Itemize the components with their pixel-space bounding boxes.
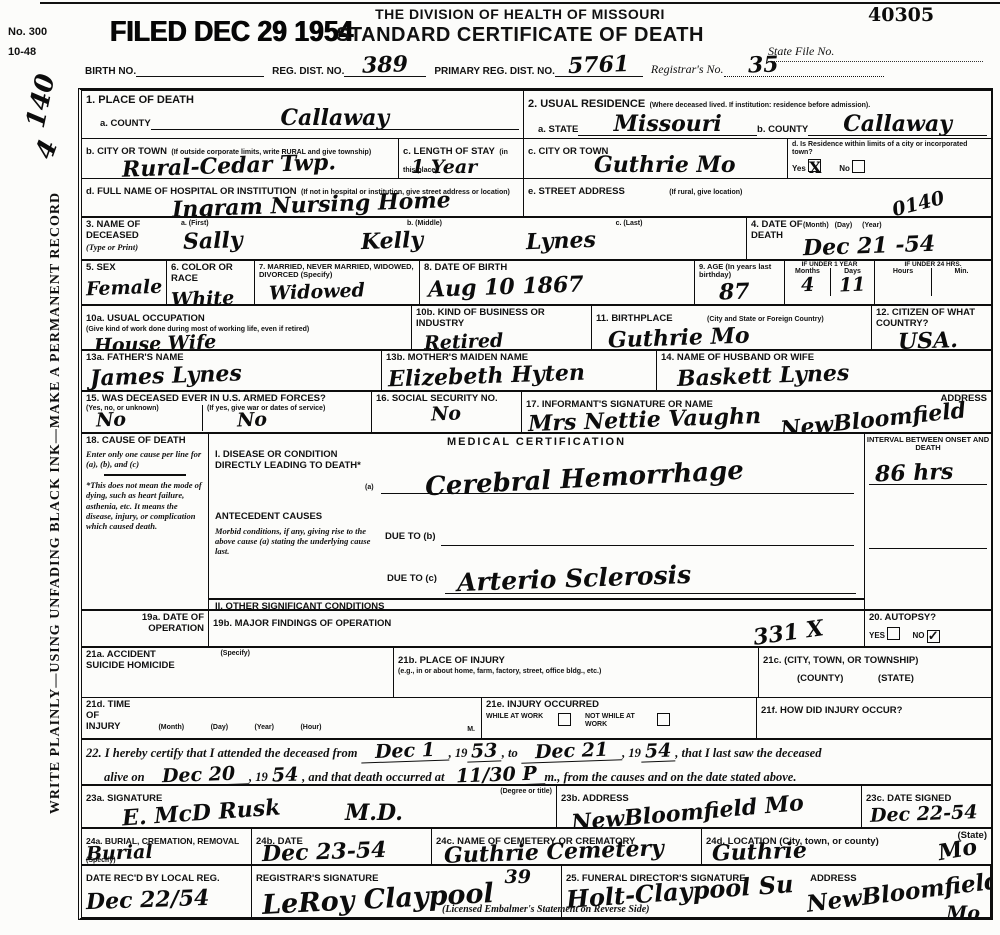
burial-date-value: Dec 23-54: [262, 839, 387, 864]
registrar-no-value: 35: [747, 53, 778, 76]
certify-alive-value: Dec 20: [147, 764, 249, 784]
primary-reg-value: 5761: [568, 53, 630, 77]
months-value: 4: [801, 276, 815, 295]
birthplace-note: (City and State or Foreign Country): [707, 316, 824, 323]
interval-label: INTERVAL BETWEEN ONSET AND DEATH: [865, 434, 991, 453]
name-label: 3. NAME OF DECEASED: [86, 220, 173, 242]
row-service-informant: 15. WAS DECEASED EVER IN U.S. ARMED FORC…: [82, 392, 991, 434]
injury-kind-label: 21a. ACCIDENT SUICIDE HOMICIDE: [86, 650, 176, 672]
burial-state-value: Mo: [936, 836, 978, 864]
injury-location-cell: 21c. (CITY, TOWN, OR TOWNSHIP) (COUNTY) …: [759, 648, 991, 697]
min-label: Min.: [932, 268, 991, 276]
autopsy-yes-checkbox: [887, 627, 900, 640]
hours-label: Hours: [875, 268, 931, 276]
burial-date-cell: 24b. DATE Dec 23-54: [252, 829, 432, 864]
injury-meridian-label: M.: [467, 726, 475, 734]
certify-p7: , 19: [249, 770, 268, 784]
dod-label: 4. DATE OF DEATH: [751, 220, 803, 242]
certify-y2-value: 54: [641, 741, 676, 762]
filed-stamp: FILED DEC 29 1954: [110, 14, 353, 49]
due-c-label: DUE TO (c): [387, 574, 437, 585]
cause-label: 18. CAUSE OF DEATH: [86, 436, 204, 447]
row-medical-certification: 18. CAUSE OF DEATH Enter only one cause …: [82, 434, 991, 611]
residence-state-label: a. STATE: [538, 125, 578, 136]
funeral-address-value2: Mo: [946, 904, 980, 920]
injury-place-cell: 21b. PLACE OF INJURY (e.g., in or about …: [394, 648, 759, 697]
form-stock-number: No. 300 10-48: [8, 22, 47, 62]
autopsy-no-label: NO: [912, 631, 924, 640]
race-label: 6. COLOR OR RACE: [171, 263, 250, 285]
certify-p6: alive on: [104, 770, 145, 784]
injury-how-cell: 21f. HOW DID INJURY OCCUR?: [757, 698, 991, 738]
armed-note2: (If yes, give war or dates of service): [207, 405, 367, 413]
residence-yes-checkbox: X: [808, 159, 821, 172]
residence-yes-label: Yes: [792, 164, 806, 173]
spouse-cell: 14. NAME OF HUSBAND OR WIFE Baskett Lyne…: [657, 351, 991, 390]
name-last-cell: c. (Last) Lynes: [512, 218, 747, 259]
antecedent-label: ANTECEDENT CAUSES: [215, 511, 322, 522]
armed-value1: No: [96, 410, 127, 430]
row-burial: 24a. BURIAL, CREMATION, REMOVAL (Specify…: [82, 829, 991, 866]
residence-no-checkbox: [852, 160, 865, 173]
injury-place-note: (e.g., in or about home, farm, factory, …: [398, 668, 754, 676]
injury-year-label: (Year): [255, 724, 274, 731]
certify-from-value: Dec 1: [360, 740, 449, 763]
name-first-value: Sally: [183, 229, 243, 253]
while-at-work-checkbox: [558, 713, 571, 726]
residence-yes-mark: X: [809, 158, 821, 177]
operation-findings-label: 19b. MAJOR FINDINGS OF OPERATION: [213, 618, 391, 629]
age-cell: 9. AGE (In years last birthday) 87: [695, 261, 785, 304]
physician-degree-label: (Degree or title): [500, 788, 552, 796]
injury-how-label: 21f. HOW DID INJURY OCCUR?: [761, 705, 902, 716]
armed-forces-label: 15. WAS DECEASED EVER IN U.S. ARMED FORC…: [82, 392, 371, 405]
registration-row: BIRTH NO. REG. DIST. NO. 389 PRIMARY REG…: [85, 62, 985, 77]
certify-p4: , 19: [622, 746, 641, 760]
injury-month-label: (Month): [158, 724, 184, 731]
marital-label: 7. MARRIED, NEVER MARRIED, WIDOWED, DIVO…: [259, 263, 415, 280]
row-injury-2: 21d. TIME OF INJURY (Month) (Day) (Year)…: [82, 698, 991, 740]
residence-no-label: No: [839, 164, 850, 173]
burial-location-cell: 24d. LOCATION (City, town, or county) (S…: [702, 829, 991, 864]
date-received-label: DATE REC'D BY LOCAL REG.: [86, 873, 220, 884]
injury-hour-label: (Hour): [300, 724, 321, 731]
spouse-value: Baskett Lynes: [677, 362, 850, 390]
father-value: James Lynes: [90, 362, 243, 389]
certify-p1: 22. I hereby certify that I attended the…: [86, 746, 357, 760]
while-at-work-label: WHILE AT WORK: [486, 713, 544, 728]
residence-title-note: (Where deceased lived. If institution: r…: [650, 102, 871, 109]
margin-instruction: WRITE PLAINLY—USING UNFADING BLACK INK—M…: [48, 90, 64, 916]
name-first-cell: a. (First) Sally: [177, 218, 337, 259]
date-received-value: Dec 22/54: [86, 887, 210, 913]
autopsy-no-checkbox: ✓: [927, 630, 940, 643]
physician-signature-cell: 23a. SIGNATURE (Degree or title) E. McD …: [82, 786, 557, 827]
antecedent-note: Morbid conditions, if any, giving rise t…: [215, 526, 385, 564]
name-last-label: c. (Last): [516, 220, 742, 228]
dod-value: Dec 21 -54: [803, 233, 936, 259]
ssn-cell: 16. SOCIAL SECURITY NO. No: [372, 392, 522, 432]
age-value: 87: [719, 280, 750, 303]
name-last-value: Lynes: [526, 228, 597, 252]
name-middle-cell: b. (Middle) Kelly: [337, 218, 512, 259]
mother-value: Elizebeth Hyten: [388, 361, 586, 390]
operation-date-cell: 19a. DATE OF OPERATION: [82, 611, 209, 646]
physician-sig-value: E. McD Rusk: [121, 796, 281, 827]
injury-place-label: 21b. PLACE OF INJURY: [398, 655, 505, 666]
physician-date-value: Dec 22-54: [870, 803, 978, 826]
cause-note2: *This does not mean the mode of dying, s…: [86, 480, 204, 531]
certify-y1-value: 53: [467, 741, 502, 762]
injury-day-label: (Day): [211, 724, 229, 731]
cause-of-death-notes: 18. CAUSE OF DEATH Enter only one cause …: [82, 434, 209, 609]
race-cell: 6. COLOR OR RACE White: [167, 261, 255, 304]
industry-value: Retired: [424, 331, 504, 349]
physician-degree-value: M.D.: [345, 800, 403, 826]
sex-cell: 5. SEX Female: [82, 261, 167, 304]
disease-label: I. DISEASE OR CONDITION DIRECTLY LEADING…: [215, 450, 365, 504]
medical-cert-title: MEDICAL CERTIFICATION: [209, 434, 864, 448]
race-value: White: [171, 289, 235, 304]
certify-p5: , that I last saw the deceased: [675, 746, 821, 760]
section-usual-residence: 2. USUAL RESIDENCE (Where deceased lived…: [524, 91, 991, 216]
informant-value: Mrs Nettie Vaughn: [528, 405, 762, 432]
pod-county-value: Callaway: [280, 107, 389, 129]
burial-type-value: Burial: [86, 843, 153, 864]
form-date: 10-48: [8, 42, 47, 62]
interval-value: 86 hrs: [875, 460, 954, 485]
sex-value: Female: [86, 278, 163, 300]
birthplace-value: Guthrie Mo: [608, 325, 750, 349]
residence-street-value: 0140: [891, 189, 947, 216]
row-operation-autopsy: 19a. DATE OF OPERATION 19b. MAJOR FINDIN…: [82, 611, 991, 648]
division-title: THE DIVISION OF HEALTH OF MISSOURI: [320, 6, 720, 22]
death-certificate-page: No. 300 10-48 140 4 WRITE PLAINLY—USING …: [0, 0, 1000, 935]
days-value: 11: [839, 275, 866, 295]
residence-state-value: Missouri: [614, 113, 722, 135]
residence-title: 2. USUAL RESIDENCE: [528, 98, 645, 110]
injury-kind-cell: 21a. ACCIDENT SUICIDE HOMICIDE (Specify): [82, 648, 394, 697]
injury-county-label: (COUNTY): [797, 673, 843, 684]
marital-value: Widowed: [269, 281, 366, 303]
birthplace-label: 11. BIRTHPLACE: [596, 313, 673, 324]
form-no: No. 300: [8, 22, 47, 42]
row-physician: 23a. SIGNATURE (Degree or title) E. McD …: [82, 786, 991, 829]
father-cell: 13a. FATHER'S NAME James Lynes: [82, 351, 382, 390]
birthplace-cell: 11. BIRTHPLACE (City and State or Foreig…: [592, 306, 872, 349]
cemetery-cell: 24c. NAME OF CEMETERY OR CREMATORY Guthr…: [432, 829, 702, 864]
injury-time-cell: 21d. TIME OF INJURY (Month) (Day) (Year)…: [82, 698, 482, 738]
operation-findings-cell: 19b. MAJOR FINDINGS OF OPERATION 331 X: [209, 611, 865, 646]
injury-occurred-label: 21e. INJURY OCCURRED: [486, 700, 752, 711]
industry-cell: 10b. KIND OF BUSINESS OR INDUSTRY Retire…: [412, 306, 592, 349]
pod-stay-value: 1 Year: [411, 158, 477, 177]
name-middle-label: b. (Middle): [341, 220, 508, 228]
top-rule: [40, 2, 1000, 4]
date-received-cell: DATE REC'D BY LOCAL REG. Dec 22/54: [82, 866, 252, 920]
autopsy-label: 20. AUTOPSY?: [869, 613, 987, 624]
medical-cert-main: MEDICAL CERTIFICATION I. DISEASE OR COND…: [209, 434, 865, 609]
occupation-cell: 10a. USUAL OCCUPATION (Give kind of work…: [82, 306, 412, 349]
residence-county-label: b. COUNTY: [757, 125, 808, 136]
occupation-value: House Wife: [94, 333, 217, 349]
section-place-of-death: 1. PLACE OF DEATH a. COUNTY Callaway b. …: [82, 91, 524, 216]
residence-county-value: Callaway: [843, 113, 952, 135]
interval-cell: INTERVAL BETWEEN ONSET AND DEATH 86 hrs: [865, 434, 991, 609]
row-occupation: 10a. USUAL OCCUPATION (Give kind of work…: [82, 306, 991, 351]
injury-occurred-cell: 21e. INJURY OCCURRED WHILE AT WORK NOT W…: [482, 698, 757, 738]
physician-date-cell: 23c. DATE SIGNED Dec 22-54: [862, 786, 991, 827]
citizen-cell: 12. CITIZEN OF WHAT COUNTRY? USA.: [872, 306, 991, 349]
under1-cell: IF UNDER 1 YEAR Months 4 Days 11: [785, 261, 875, 304]
burial-type-cell: 24a. BURIAL, CREMATION, REMOVAL (Specify…: [82, 829, 252, 864]
residence-street-label: e. STREET ADDRESS: [528, 186, 625, 197]
pod-county-label: a. COUNTY: [100, 119, 151, 130]
row-vitals: 5. SEX Female 6. COLOR OR RACE White 7. …: [82, 261, 991, 306]
due-b-label: DUE TO (b): [385, 532, 436, 543]
state-file-number: 40305: [868, 6, 934, 25]
not-while-at-work-checkbox: [657, 713, 670, 726]
certify-hour-value: 11/30 P: [447, 764, 544, 784]
physician-addr-label: 23b. ADDRESS: [561, 793, 629, 804]
cause-note1: Enter only one cause per line for (a), (…: [86, 449, 204, 469]
certify-to-value: Dec 21: [521, 740, 623, 764]
ssn-value: No: [431, 404, 462, 424]
certify-p8: , and that death occurred at: [302, 770, 444, 784]
due-c-value: Arterio Sclerosis: [457, 562, 692, 595]
disease-a-label: (a): [365, 484, 374, 492]
injury-kind-note: (Specify): [220, 650, 250, 657]
residence-city-value: Guthrie Mo: [594, 154, 736, 176]
name-first-label: a. (First): [181, 220, 333, 228]
physician-address-cell: 23b. ADDRESS NewBloomfield Mo: [557, 786, 862, 827]
reg-dist-label: REG. DIST. NO.: [272, 66, 344, 77]
registrar-no-label: Registrar's No.: [651, 62, 724, 77]
certificate-form: 1. PLACE OF DEATH a. COUNTY Callaway b. …: [78, 88, 993, 920]
pod-city-value: Rural-Cedar Twp.: [122, 151, 337, 180]
armed-value2: No: [237, 410, 268, 430]
registrar-sig-label: REGISTRAR'S SIGNATURE: [256, 873, 378, 884]
other-conditions-label: II. OTHER SIGNIFICANT CONDITIONS: [215, 602, 858, 609]
name-note: (Type or Print): [86, 242, 173, 252]
autopsy-no-checkmark: ✓: [928, 628, 939, 643]
dob-value: Aug 10 1867: [428, 273, 584, 300]
injury-state-label: (STATE): [878, 673, 914, 684]
certify-p9: m., from the causes and on the date stat…: [544, 770, 796, 784]
registrar-sig-extra: 39: [505, 868, 531, 887]
birth-no-blank: [136, 62, 264, 77]
sex-label: 5. SEX: [86, 263, 162, 274]
under24-cell: IF UNDER 24 HRS. Hours Min.: [875, 261, 991, 304]
form-title-block: THE DIVISION OF HEALTH OF MISSOURI STAND…: [320, 6, 720, 47]
primary-reg-label: PRIMARY REG. DIST. NO.: [434, 66, 555, 77]
under1-label: IF UNDER 1 YEAR: [785, 261, 874, 268]
autopsy-cell: 20. AUTOPSY? YES NO ✓: [865, 611, 991, 646]
dob-cell: 8. DATE OF BIRTH Aug 10 1867: [420, 261, 695, 304]
reg-dist-value: 389: [362, 53, 409, 77]
operation-date-label: 19a. DATE OF OPERATION: [86, 613, 204, 635]
certificate-title: STANDARD CERTIFICATE OF DEATH: [320, 24, 720, 47]
burial-location-value: Guthrie: [712, 839, 808, 864]
reverse-side-note: (Licensed Embalmer's Statement on Revers…: [442, 904, 649, 915]
residence-limits-label: d. Is Residence within limits of a city …: [792, 141, 987, 156]
row-name-dod: 3. NAME OF DECEASED (Type or Print) a. (…: [82, 218, 991, 261]
name-label-cell: 3. NAME OF DECEASED (Type or Print): [82, 218, 177, 259]
state-file-no-label: State File No.: [768, 44, 983, 62]
informant-address-value: NewBloomfield: [779, 399, 967, 432]
injury-time-label: 21d. TIME OF INJURY: [86, 700, 132, 733]
injury-loc-label: 21c. (CITY, TOWN, OR TOWNSHIP): [763, 655, 918, 666]
certify-p2: , 19: [449, 746, 468, 760]
row-certify-statement: 22. I hereby certify that I attended the…: [82, 740, 991, 786]
mother-cell: 13b. MOTHER'S MAIDEN NAME Elizebeth Hyte…: [382, 351, 657, 390]
row-injury-1: 21a. ACCIDENT SUICIDE HOMICIDE (Specify)…: [82, 648, 991, 698]
birth-no-label: BIRTH NO.: [85, 66, 136, 77]
row-registrar: DATE REC'D BY LOCAL REG. Dec 22/54 REGIS…: [82, 866, 991, 920]
certify-p3: , to: [502, 746, 518, 760]
row-family: 13a. FATHER'S NAME James Lynes 13b. MOTH…: [82, 351, 991, 392]
informant-cell: 17. INFORMANT'S SIGNATURE OR NAME ADDRES…: [522, 392, 991, 432]
not-while-at-work-label: NOT WHILE AT WORK: [585, 713, 643, 728]
row-place-residence: 1. PLACE OF DEATH a. COUNTY Callaway b. …: [82, 91, 991, 218]
citizen-label: 12. CITIZEN OF WHAT COUNTRY?: [876, 308, 987, 330]
certify-cell: 22. I hereby certify that I attended the…: [82, 740, 991, 784]
certify-y3-value: 54: [267, 765, 302, 784]
residence-street-note: (If rural, give location): [669, 189, 742, 196]
autopsy-yes-label: YES: [869, 631, 885, 640]
marital-cell: 7. MARRIED, NEVER MARRIED, WIDOWED, DIVO…: [255, 261, 420, 304]
name-middle-value: Kelly: [361, 229, 424, 253]
age-label: 9. AGE (In years last birthday): [699, 263, 780, 280]
occupation-label: 10a. USUAL OCCUPATION: [86, 313, 205, 324]
armed-forces-cell: 15. WAS DECEASED EVER IN U.S. ARMED FORC…: [82, 392, 372, 432]
dod-cell: 4. DATE OF DEATH (Month) (Day) (Year) De…: [747, 218, 991, 259]
occupation-note: (Give kind of work done during most of w…: [86, 326, 407, 334]
cemetery-value: Guthrie Cemetery: [444, 837, 665, 864]
citizen-value: USA.: [898, 329, 959, 349]
industry-label: 10b. KIND OF BUSINESS OR INDUSTRY: [416, 308, 587, 330]
under24-label: IF UNDER 24 HRS.: [875, 261, 991, 268]
operation-findings-hw: 331 X: [752, 617, 825, 646]
